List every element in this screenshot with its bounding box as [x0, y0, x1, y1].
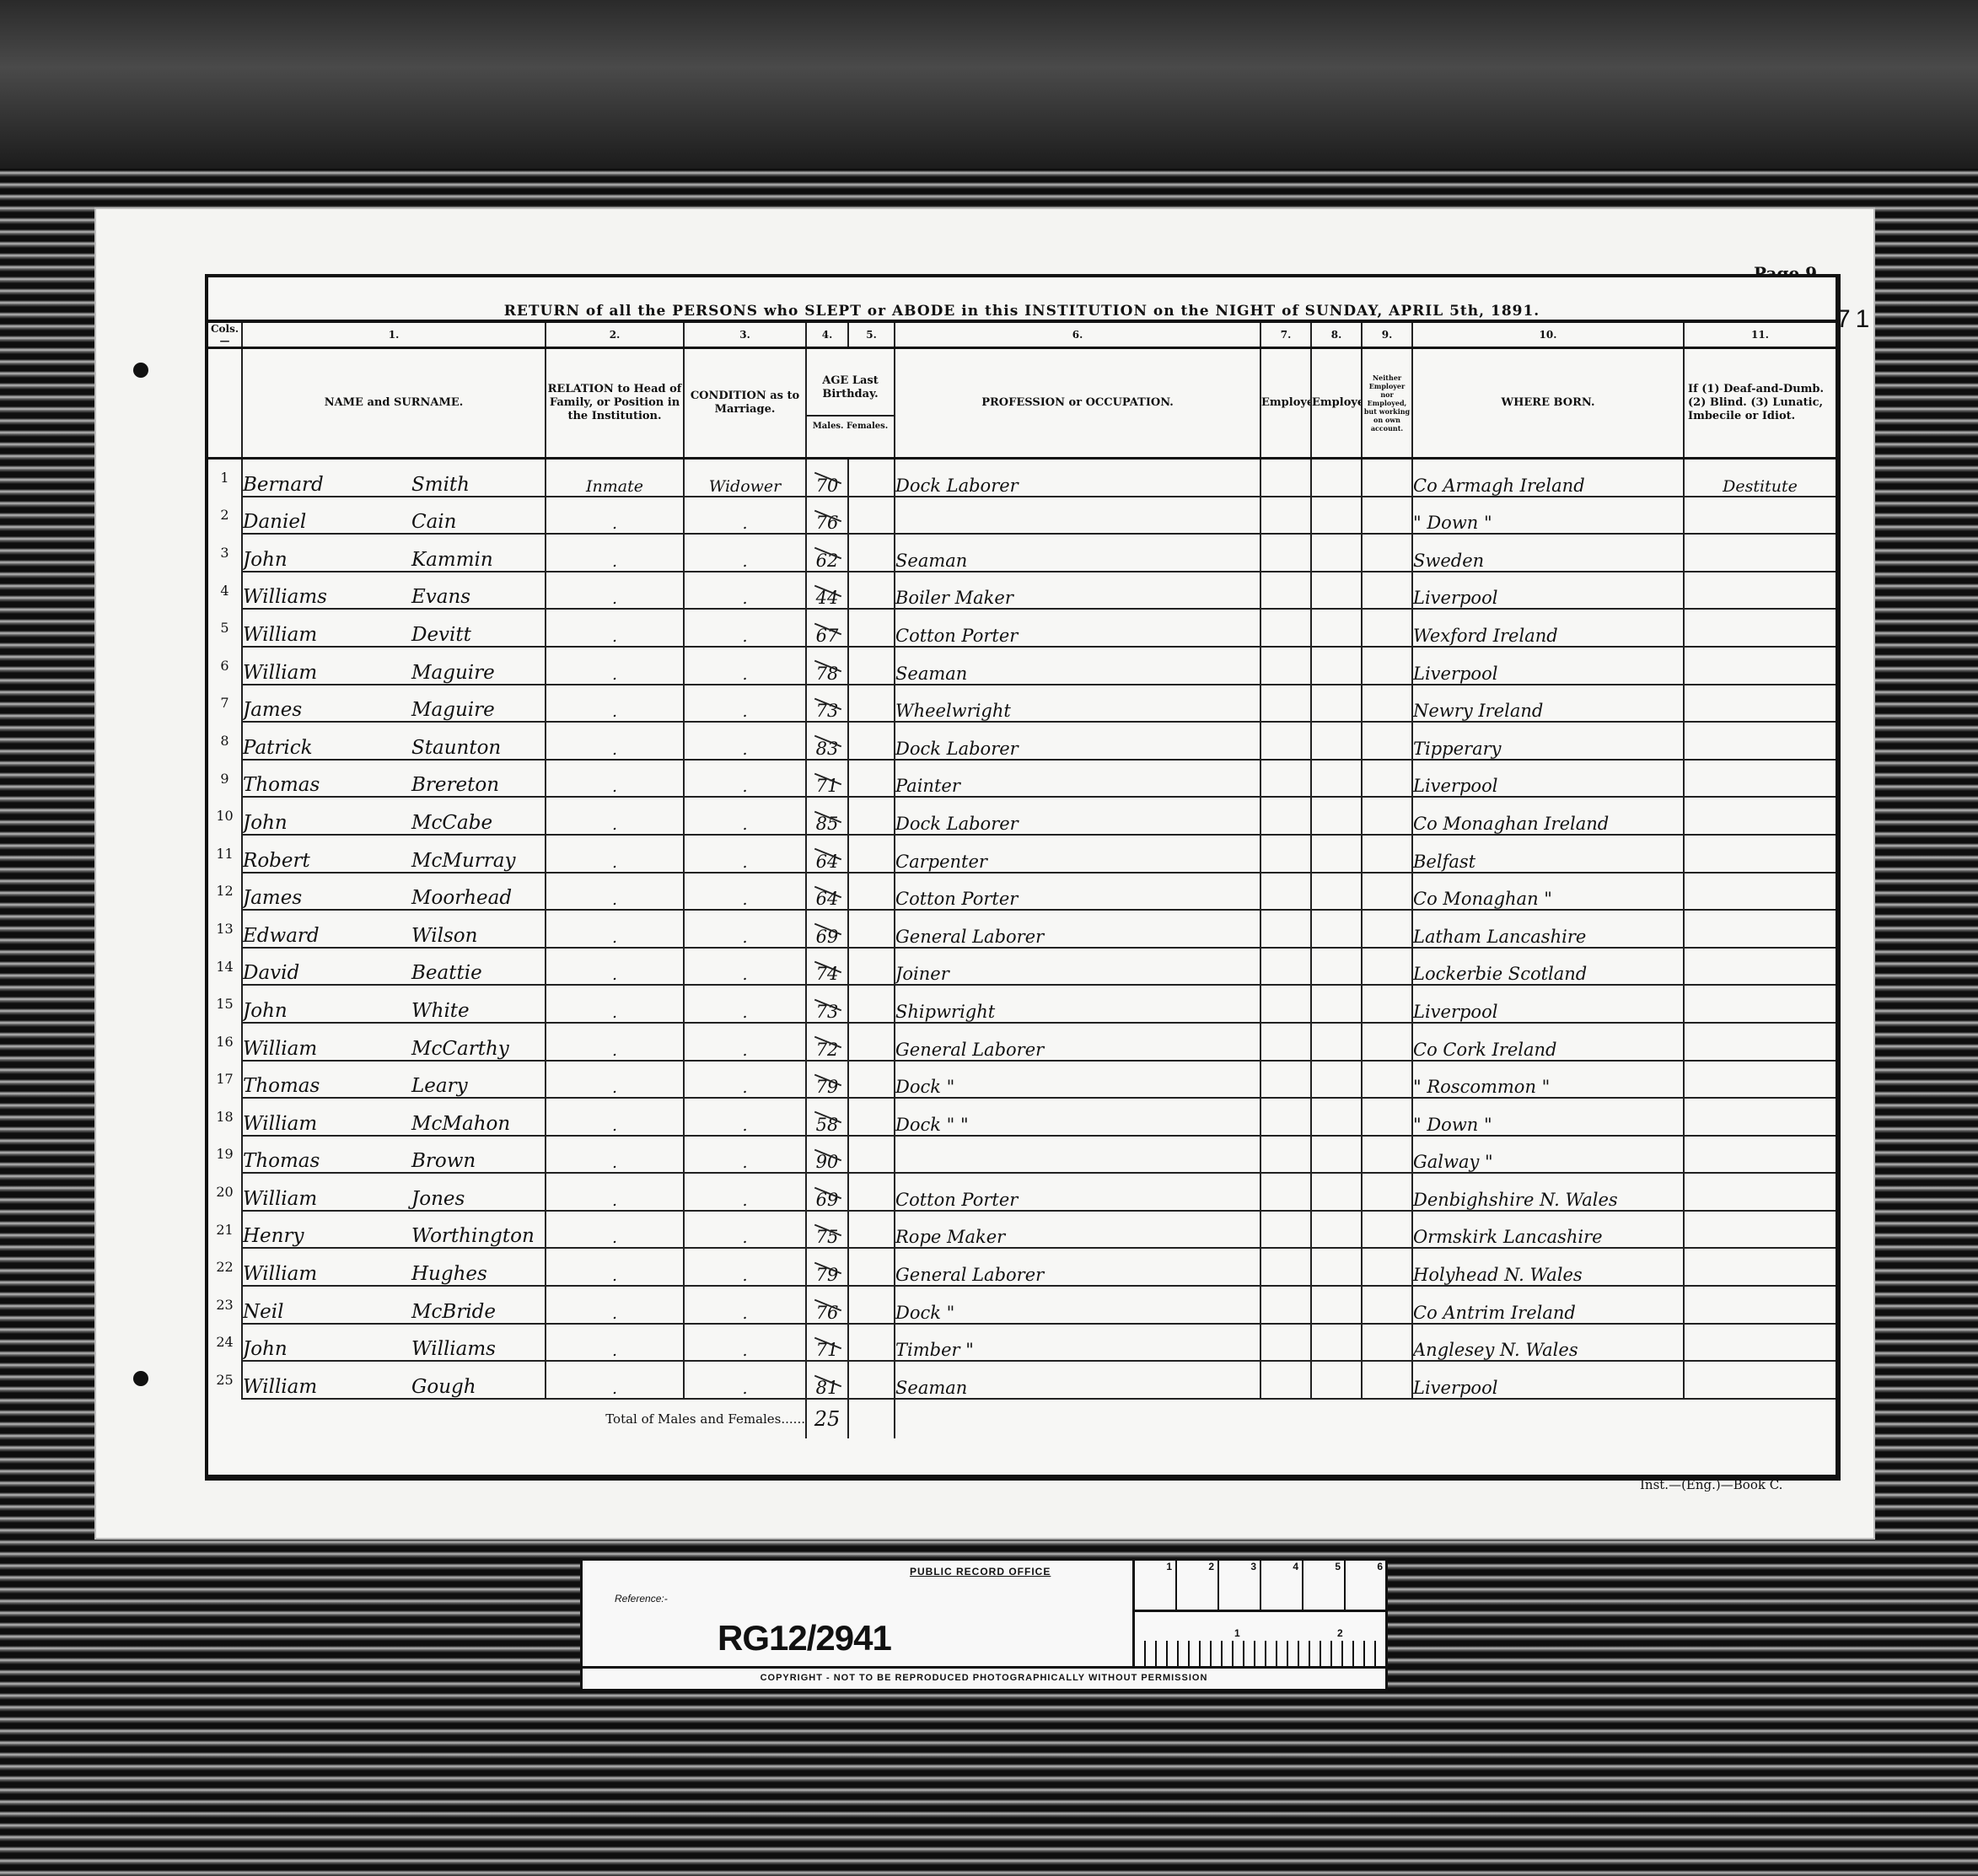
relation-cell: .	[546, 1324, 684, 1362]
employer-cell	[1260, 835, 1311, 873]
surname: Moorhead	[411, 887, 512, 909]
age-males-cell: 81	[806, 1361, 848, 1399]
copyright-notice: COPYRIGHT - NOT TO BE REPRODUCED PHOTOGR…	[583, 1666, 1385, 1689]
employer-cell	[1260, 1098, 1311, 1136]
first-name: William	[243, 1376, 411, 1398]
age-females-cell	[848, 1023, 895, 1061]
occupation-cell: Wheelwright	[895, 685, 1260, 723]
condition-cell: .	[684, 1023, 806, 1061]
table-row: 4 WilliamsEvans . . 44 Boiler Maker Live…	[208, 572, 1836, 610]
employed-cell	[1311, 760, 1362, 798]
relation-cell: .	[546, 1023, 684, 1061]
first-name: William	[243, 624, 411, 646]
surname: McMurray	[411, 850, 516, 872]
age-males-cell: 72	[806, 1023, 848, 1061]
header-age-males: Males.	[813, 422, 844, 431]
relation-cell: .	[546, 572, 684, 610]
employed-cell	[1311, 1173, 1362, 1211]
age-females-cell	[848, 760, 895, 798]
age-males-cell: 71	[806, 1324, 848, 1362]
person-name: ThomasBrereton	[242, 760, 546, 798]
occupation-cell: Carpenter	[895, 835, 1260, 873]
condition-cell: .	[684, 685, 806, 723]
age-females-cell	[848, 722, 895, 760]
where-born-cell: Liverpool	[1412, 760, 1684, 798]
occupation-cell: Timber "	[895, 1324, 1260, 1362]
age-females-cell	[848, 910, 895, 948]
occupation-cell: General Laborer	[895, 910, 1260, 948]
row-number: 17	[208, 1061, 242, 1099]
age-females-cell	[848, 1361, 895, 1399]
occupation-cell: Rope Maker	[895, 1211, 1260, 1249]
own-account-cell	[1362, 1098, 1412, 1136]
person-name: PatrickStaunton	[242, 722, 546, 760]
ruler-cm-mark: 3	[1219, 1561, 1261, 1610]
surname: McCabe	[411, 812, 492, 834]
first-name: Thomas	[243, 774, 411, 796]
surname: Williams	[411, 1338, 496, 1360]
total-label: Total of Males and Females......	[208, 1399, 806, 1438]
employed-cell	[1311, 1061, 1362, 1099]
colnum-7: 7.	[1260, 323, 1311, 348]
surname: Maguire	[411, 699, 495, 721]
table-row: 3 JohnKammin . . 62 Seaman Sweden	[208, 534, 1836, 572]
person-name: JamesMaguire	[242, 685, 546, 723]
infirmity-cell	[1684, 985, 1836, 1023]
relation-cell: .	[546, 1361, 684, 1399]
first-name: Daniel	[243, 511, 411, 533]
row-number: 9	[208, 760, 242, 798]
where-born-cell: Liverpool	[1412, 1361, 1684, 1399]
employed-cell	[1311, 797, 1362, 835]
relation-cell: .	[546, 910, 684, 948]
row-number: 10	[208, 797, 242, 835]
colnum-4: 4.	[806, 323, 848, 348]
where-born-cell: Co Armagh Ireland	[1412, 459, 1684, 497]
table-row: 9 ThomasBrereton . . 71 Painter Liverpoo…	[208, 760, 1836, 798]
occupation-cell	[895, 1136, 1260, 1174]
row-number: 16	[208, 1023, 242, 1061]
own-account-cell	[1362, 609, 1412, 647]
employed-cell	[1311, 1136, 1362, 1174]
surname: Staunton	[411, 737, 501, 759]
age-females-cell	[848, 1173, 895, 1211]
employer-cell	[1260, 609, 1311, 647]
age-males-cell: 69	[806, 1173, 848, 1211]
condition-cell: .	[684, 948, 806, 986]
first-name: Robert	[243, 850, 411, 872]
where-born-cell: Wexford Ireland	[1412, 609, 1684, 647]
surname: Evans	[411, 586, 470, 608]
employer-cell	[1260, 1061, 1311, 1099]
table-row: 12 JamesMoorhead . . 64 Cotton Porter Co…	[208, 873, 1836, 911]
table-row: 2 DanielCain . . 76 " Down "	[208, 497, 1836, 535]
age-males-cell: 78	[806, 647, 848, 685]
surname: Smith	[411, 474, 470, 496]
person-name: ThomasBrown	[242, 1136, 546, 1174]
relation-cell: .	[546, 797, 684, 835]
age-males-cell: 83	[806, 722, 848, 760]
surname: Brown	[411, 1150, 476, 1172]
relation-cell: .	[546, 948, 684, 986]
person-name: JohnKammin	[242, 534, 546, 572]
where-born-cell: Latham Lancashire	[1412, 910, 1684, 948]
employed-cell	[1311, 685, 1362, 723]
age-females-cell	[848, 459, 895, 497]
occupation-cell: Seaman	[895, 534, 1260, 572]
employer-cell	[1260, 1136, 1311, 1174]
table-row: 5 WilliamDevitt . . 67 Cotton Porter Wex…	[208, 609, 1836, 647]
first-name: William	[243, 662, 411, 684]
employer-cell	[1260, 1286, 1311, 1324]
condition-cell: .	[684, 985, 806, 1023]
age-males-cell: 73	[806, 985, 848, 1023]
employed-cell	[1311, 1098, 1362, 1136]
condition-cell: .	[684, 1324, 806, 1362]
age-females-cell	[848, 797, 895, 835]
where-born-cell: Galway "	[1412, 1136, 1684, 1174]
employer-cell	[1260, 572, 1311, 610]
person-name: WilliamsEvans	[242, 572, 546, 610]
relation-cell: .	[546, 647, 684, 685]
own-account-cell	[1362, 1173, 1412, 1211]
first-name: John	[243, 549, 411, 571]
employed-cell	[1311, 873, 1362, 911]
condition-cell: .	[684, 534, 806, 572]
person-name: WilliamJones	[242, 1173, 546, 1211]
infirmity-cell	[1684, 497, 1836, 535]
where-born-cell: Liverpool	[1412, 572, 1684, 610]
employed-cell	[1311, 1361, 1362, 1399]
age-females-cell	[848, 835, 895, 873]
occupation-cell: Seaman	[895, 647, 1260, 685]
table-row: 6 WilliamMaguire . . 78 Seaman Liverpool	[208, 647, 1836, 685]
first-name: Edward	[243, 925, 411, 947]
age-males-cell: 76	[806, 497, 848, 535]
age-males-cell: 44	[806, 572, 848, 610]
census-rows: 1 BernardSmith Inmate Widower 70 Dock La…	[208, 459, 1836, 1438]
surname: Kammin	[411, 549, 493, 571]
condition-cell: .	[684, 835, 806, 873]
condition-cell: .	[684, 1061, 806, 1099]
occupation-cell: Cotton Porter	[895, 609, 1260, 647]
header-employer: Employer.	[1261, 396, 1311, 409]
infirmity-cell	[1684, 835, 1836, 873]
employed-cell	[1311, 459, 1362, 497]
header-age-label: AGE Last Birthday.	[822, 374, 879, 400]
age-males-cell: 64	[806, 835, 848, 873]
infirmity-cell	[1684, 760, 1836, 798]
row-number: 8	[208, 722, 242, 760]
infirmity-cell	[1684, 685, 1836, 723]
infirmity-cell	[1684, 1136, 1836, 1174]
employer-cell	[1260, 1211, 1311, 1249]
table-row: 19 ThomasBrown . . 90 Galway "	[208, 1136, 1836, 1174]
where-born-cell: Tipperary	[1412, 722, 1684, 760]
infirmity-cell	[1684, 1173, 1836, 1211]
table-row: 13 EdwardWilson . . 69 General Laborer L…	[208, 910, 1836, 948]
where-born-cell: Co Antrim Ireland	[1412, 1286, 1684, 1324]
infirmity-cell	[1684, 797, 1836, 835]
relation-cell: .	[546, 760, 684, 798]
own-account-cell	[1362, 1324, 1412, 1362]
employed-cell	[1311, 1248, 1362, 1286]
where-born-cell: Liverpool	[1412, 647, 1684, 685]
person-name: JamesMoorhead	[242, 873, 546, 911]
surname: Jones	[411, 1188, 465, 1210]
where-born-cell: " Roscommon "	[1412, 1061, 1684, 1099]
colnum-2: 2.	[546, 323, 684, 348]
age-females-cell	[848, 534, 895, 572]
ruler-cm: 1 2 3 4 5 6	[1135, 1561, 1388, 1612]
age-males-cell: 79	[806, 1248, 848, 1286]
header-infirmity: If (1) Deaf-and-Dumb. (2) Blind. (3) Lun…	[1684, 348, 1836, 459]
row-number: 6	[208, 647, 242, 685]
age-females-cell	[848, 1324, 895, 1362]
condition-cell: .	[684, 572, 806, 610]
row-number: 5	[208, 609, 242, 647]
infirmity-cell	[1684, 1098, 1836, 1136]
age-females-cell	[848, 685, 895, 723]
colnum-1: 1.	[242, 323, 546, 348]
condition-cell: .	[684, 1286, 806, 1324]
employer-cell	[1260, 797, 1311, 835]
person-name: EdwardWilson	[242, 910, 546, 948]
ruler-cm-mark: 4	[1261, 1561, 1303, 1610]
age-females-cell	[848, 1136, 895, 1174]
surname: Cain	[411, 511, 456, 533]
where-born-cell: Ormskirk Lancashire	[1412, 1211, 1684, 1249]
surname: McCarthy	[411, 1038, 509, 1060]
employed-cell	[1311, 1286, 1362, 1324]
where-born-cell: Co Monaghan Ireland	[1412, 797, 1684, 835]
row-number: 19	[208, 1136, 242, 1174]
condition-cell: .	[684, 1361, 806, 1399]
scanner-background-top	[0, 0, 1978, 169]
employer-cell	[1260, 497, 1311, 535]
relation-cell: .	[546, 1248, 684, 1286]
surname: McMahon	[411, 1113, 510, 1135]
surname: Worthington	[411, 1225, 535, 1247]
header-employed: Employed.	[1312, 396, 1362, 409]
occupation-cell	[895, 497, 1260, 535]
age-females-cell	[848, 1098, 895, 1136]
employed-cell	[1311, 609, 1362, 647]
census-form: RETURN of all the PERSONS who SLEPT or A…	[205, 274, 1841, 1481]
column-header-row: NAME and SURNAME. RELATION to Head of Fa…	[208, 348, 1836, 459]
own-account-cell	[1362, 459, 1412, 497]
person-name: WilliamMaguire	[242, 647, 546, 685]
punch-hole-icon	[133, 363, 148, 378]
own-account-cell	[1362, 572, 1412, 610]
employer-cell	[1260, 459, 1311, 497]
person-name: JohnWilliams	[242, 1324, 546, 1362]
header-age-sub: Males. Females.	[807, 415, 894, 433]
table-row: 22 WilliamHughes . . 79 General Laborer …	[208, 1248, 1836, 1286]
row-number: 18	[208, 1098, 242, 1136]
row-number: 2	[208, 497, 242, 535]
first-name: Neil	[243, 1301, 411, 1323]
first-name: Patrick	[243, 737, 411, 759]
age-males-cell: 67	[806, 609, 848, 647]
ruler-in-mark: 2	[1337, 1627, 1343, 1639]
total-value: 25	[806, 1399, 848, 1438]
occupation-cell: General Laborer	[895, 1023, 1260, 1061]
age-males-cell: 69	[806, 910, 848, 948]
person-name: JohnMcCabe	[242, 797, 546, 835]
table-row: 25 WilliamGough . . 81 Seaman Liverpool	[208, 1361, 1836, 1399]
relation-cell: .	[546, 1098, 684, 1136]
where-born-cell: Holyhead N. Wales	[1412, 1248, 1684, 1286]
condition-cell: .	[684, 910, 806, 948]
first-name: David	[243, 962, 411, 984]
person-name: WilliamHughes	[242, 1248, 546, 1286]
form-title: RETURN of all the PERSONS who SLEPT or A…	[208, 303, 1836, 320]
person-name: RobertMcMurray	[242, 835, 546, 873]
first-name: Thomas	[243, 1150, 411, 1172]
first-name: John	[243, 1000, 411, 1022]
ruler-in-mark: 1	[1234, 1627, 1240, 1639]
age-females-cell	[848, 1248, 895, 1286]
relation-cell: .	[546, 985, 684, 1023]
employer-cell	[1260, 1173, 1311, 1211]
employer-cell	[1260, 985, 1311, 1023]
own-account-cell	[1362, 1361, 1412, 1399]
person-name: WilliamMcMahon	[242, 1098, 546, 1136]
employer-cell	[1260, 760, 1311, 798]
age-males-cell: 71	[806, 760, 848, 798]
surname: Brereton	[411, 774, 499, 796]
person-name: BernardSmith	[242, 459, 546, 497]
age-females-cell	[848, 609, 895, 647]
header-name: NAME and SURNAME.	[242, 348, 546, 459]
infirmity-cell	[1684, 1248, 1836, 1286]
where-born-cell: Newry Ireland	[1412, 685, 1684, 723]
row-number: 20	[208, 1173, 242, 1211]
relation-cell: .	[546, 1061, 684, 1099]
where-born-cell: Lockerbie Scotland	[1412, 948, 1684, 986]
occupation-cell: Cotton Porter	[895, 873, 1260, 911]
own-account-cell	[1362, 1136, 1412, 1174]
occupation-cell: Dock Laborer	[895, 797, 1260, 835]
colnum-5: 5.	[848, 323, 895, 348]
person-name: WilliamMcCarthy	[242, 1023, 546, 1061]
surname: Wilson	[411, 925, 477, 947]
table-row: 15 JohnWhite . . 73 Shipwright Liverpool	[208, 985, 1836, 1023]
row-number: 25	[208, 1361, 242, 1399]
infirmity-cell	[1684, 1361, 1836, 1399]
own-account-cell	[1362, 985, 1412, 1023]
age-males-cell: 90	[806, 1136, 848, 1174]
occupation-cell: Dock Laborer	[895, 722, 1260, 760]
age-females-cell	[848, 497, 895, 535]
condition-cell: .	[684, 1136, 806, 1174]
own-account-cell	[1362, 722, 1412, 760]
table-row: 21 HenryWorthington . . 75 Rope Maker Or…	[208, 1211, 1836, 1249]
infirmity-cell	[1684, 1061, 1836, 1099]
relation-cell: .	[546, 1173, 684, 1211]
occupation-cell: Shipwright	[895, 985, 1260, 1023]
own-account-cell	[1362, 1248, 1412, 1286]
own-account-cell	[1362, 948, 1412, 986]
relation-cell: .	[546, 1286, 684, 1324]
person-name: WilliamGough	[242, 1361, 546, 1399]
infirmity-cell	[1684, 1211, 1836, 1249]
employer-cell	[1260, 1324, 1311, 1362]
total-row: Total of Males and Females......25	[208, 1399, 1836, 1438]
table-row: 11 RobertMcMurray . . 64 Carpenter Belfa…	[208, 835, 1836, 873]
employed-cell	[1311, 534, 1362, 572]
table-row: 24 JohnWilliams . . 71 Timber " Anglesey…	[208, 1324, 1836, 1362]
header-relation: RELATION to Head of Family, or Position …	[546, 348, 684, 459]
own-account-cell	[1362, 760, 1412, 798]
person-name: ThomasLeary	[242, 1061, 546, 1099]
reference-number: RG12/2941	[718, 1618, 891, 1658]
where-born-cell: Co Cork Ireland	[1412, 1023, 1684, 1061]
employer-cell	[1260, 647, 1311, 685]
condition-cell: .	[684, 722, 806, 760]
person-name: DavidBeattie	[242, 948, 546, 986]
reference-label: Reference:-	[615, 1593, 668, 1605]
table-row: 16 WilliamMcCarthy . . 72 General Labore…	[208, 1023, 1836, 1061]
cols-label: Cols.—	[208, 323, 242, 348]
person-name: JohnWhite	[242, 985, 546, 1023]
own-account-cell	[1362, 647, 1412, 685]
employed-cell	[1311, 497, 1362, 535]
first-name: James	[243, 699, 411, 721]
colnum-3: 3.	[684, 323, 806, 348]
ruler-cm-mark: 2	[1177, 1561, 1219, 1610]
first-name: James	[243, 887, 411, 909]
infirmity-cell	[1684, 572, 1836, 610]
person-name: WilliamDevitt	[242, 609, 546, 647]
where-born-cell: Belfast	[1412, 835, 1684, 873]
surname: Beattie	[411, 962, 482, 984]
age-females-cell	[848, 985, 895, 1023]
age-females-cell	[848, 873, 895, 911]
relation-cell: .	[546, 609, 684, 647]
infirmity-cell	[1684, 1023, 1836, 1061]
row-number: 15	[208, 985, 242, 1023]
first-name: William	[243, 1113, 411, 1135]
condition-cell: .	[684, 797, 806, 835]
first-name: William	[243, 1263, 411, 1285]
first-name: William	[243, 1188, 411, 1210]
row-number: 23	[208, 1286, 242, 1324]
own-account-cell	[1362, 1061, 1412, 1099]
employer-cell	[1260, 1248, 1311, 1286]
row-number: 1	[208, 459, 242, 497]
header-neither: Neither Employer nor Employed, but worki…	[1364, 374, 1410, 433]
colnum-8: 8.	[1311, 323, 1362, 348]
employer-cell	[1260, 534, 1311, 572]
age-males-cell: 76	[806, 1286, 848, 1324]
age-males-cell: 79	[806, 1061, 848, 1099]
surname: Maguire	[411, 662, 495, 684]
colnum-11: 11.	[1684, 323, 1836, 348]
own-account-cell	[1362, 534, 1412, 572]
ruler-cm-mark: 6	[1346, 1561, 1388, 1610]
own-account-cell	[1362, 835, 1412, 873]
infirmity-cell	[1684, 873, 1836, 911]
employed-cell	[1311, 910, 1362, 948]
employer-cell	[1260, 1361, 1311, 1399]
person-name: NeilMcBride	[242, 1286, 546, 1324]
surname: Hughes	[411, 1263, 487, 1285]
census-table: Cols.— 1. 2. 3. 4. 5. 6. 7. 8. 9. 10. 11…	[208, 323, 1836, 1438]
header-where-born: WHERE BORN.	[1412, 348, 1684, 459]
first-name: Williams	[243, 586, 411, 608]
